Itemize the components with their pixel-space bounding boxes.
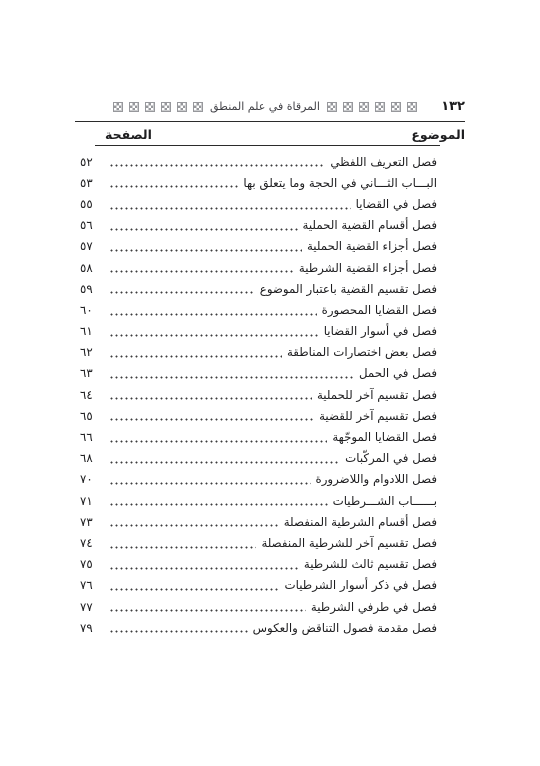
toc-row: فصل القضايا المحصورة ٦٠ (80, 299, 437, 320)
toc-row: فصل في ذكر أسوار الشرطيات ٧٦ (80, 575, 437, 596)
checkered-ornament-icon (407, 102, 417, 112)
toc-row: فصل أقسام الشرطية المنفصلة ٧٣ (80, 511, 437, 532)
toc-row: فصل أجزاء القضية الحملية ٥٧ (80, 236, 437, 257)
book-page: المرقاة في علم المنطق ١٣٢ الصفحة الموضوع… (0, 0, 540, 766)
toc-entry-page: ٦٨ (80, 451, 104, 465)
toc-entry-title: فصل التعريف اللفظي (330, 155, 437, 169)
checkered-ornament-icon (129, 102, 139, 112)
toc-row: فصل في المركّبات ٦٨ (80, 448, 437, 469)
toc-entry-page: ٥٢ (80, 155, 104, 169)
checkered-ornament-icon (193, 102, 203, 112)
toc-entry-title: فصل في طرفي الشرطية (311, 600, 437, 614)
dotted-leader (109, 172, 238, 193)
book-title: المرقاة في علم المنطق (210, 100, 320, 113)
toc-entry-page: ٧٩ (80, 621, 104, 635)
toc-entry-title: فصل أجزاء القضية الشرطية (299, 261, 437, 275)
dotted-leader (109, 575, 280, 596)
toc-entry-title: فصل تقسيم آخر للقضية (319, 409, 437, 423)
dotted-leader (109, 448, 340, 469)
toc-entry-page: ٦٥ (80, 409, 104, 423)
toc-row: بــــــاب الشـــرطيات ٧١ (80, 490, 437, 511)
toc-row: فصل تقسيم ثالث للشرطية ٧٥ (80, 554, 437, 575)
toc-entry-page: ٥٧ (80, 239, 104, 253)
header-rule (95, 145, 440, 146)
toc-entry-page: ٧٠ (80, 472, 104, 486)
toc-entry-title: فصل تقسيم ثالث للشرطية (304, 557, 437, 571)
page-number: ١٣٢ (441, 99, 465, 114)
toc-entry-page: ٧٣ (80, 515, 104, 529)
toc-row: فصل القضايا الموجّهة ٦٦ (80, 426, 437, 447)
toc-row: فصل في الحمل ٦٣ (80, 363, 437, 384)
toc-entry-title: فصل في الحمل (359, 366, 437, 380)
dotted-leader (109, 151, 325, 172)
dotted-leader (109, 363, 354, 384)
toc-row: فصل تقسيم آخر للحملية ٦٤ (80, 384, 437, 405)
toc-entry-title: فصل في ذكر أسوار الشرطيات (285, 578, 437, 592)
toc-entry-page: ٥٥ (80, 197, 104, 211)
toc-row: فصل اللادوام واللاضرورة ٧٠ (80, 469, 437, 490)
checkered-ornament-icon (145, 102, 155, 112)
toc-entry-title: فصل تقسيم القضية باعتبار الموضوع (260, 282, 437, 296)
toc-row: فصل أجزاء القضية الشرطية ٥٨ (80, 257, 437, 278)
toc-entry-page: ٦٣ (80, 366, 104, 380)
toc-entry-page: ٧٦ (80, 578, 104, 592)
checkered-ornament-icon (177, 102, 187, 112)
toc-entry-page: ٦٦ (80, 430, 104, 444)
dotted-leader (109, 299, 317, 320)
checkered-ornament-icon (391, 102, 401, 112)
toc-entry-title: فصل مقدمة فصول التناقض والعكوس (253, 621, 437, 635)
toc-entry-page: ٧٧ (80, 600, 104, 614)
dotted-leader (109, 469, 311, 490)
toc-entry-page: ٦٠ (80, 303, 104, 317)
toc-entry-title: فصل القضايا المحصورة (322, 303, 437, 317)
toc-entry-title: فصل أقسام القضية الحملية (303, 218, 437, 232)
toc-entry-page: ٥٣ (80, 176, 104, 190)
dotted-leader (109, 532, 256, 553)
checkered-ornament-icon (161, 102, 171, 112)
toc-entry-page: ٥٨ (80, 261, 104, 275)
checkered-ornament-icon (327, 102, 337, 112)
dotted-leader (109, 511, 279, 532)
checkered-ornament-icon (343, 102, 353, 112)
toc-entry-page: ٧١ (80, 494, 104, 508)
checkered-ornament-icon (359, 102, 369, 112)
toc-entry-page: ٦١ (80, 324, 104, 338)
toc-entry-page: ٥٩ (80, 282, 104, 296)
toc-column-headers: الصفحة الموضوع (75, 122, 465, 145)
ornament-group-left (113, 102, 203, 112)
toc-entry-title: بــــــاب الشـــرطيات (333, 494, 437, 508)
toc-row: فصل تقسيم آخر للقضية ٦٥ (80, 405, 437, 426)
toc-entry-title: فصل أجزاء القضية الحملية (307, 239, 437, 253)
toc-row: فصل مقدمة فصول التناقض والعكوس ٧٩ (80, 617, 437, 638)
dotted-leader (109, 342, 282, 363)
toc-entry-title: فصل تقسيم آخر للحملية (317, 388, 437, 402)
checkered-ornament-icon (113, 102, 123, 112)
dotted-leader (109, 490, 328, 511)
toc-entry-title: فصل في أسوار القضايا (324, 324, 437, 338)
toc-entry-page: ٦٢ (80, 345, 104, 359)
dotted-leader (109, 215, 298, 236)
toc-entry-title: فصل أقسام الشرطية المنفصلة (284, 515, 437, 529)
toc-row: فصل في القضايا ٥٥ (80, 193, 437, 214)
toc-entry-page: ٧٤ (80, 536, 104, 550)
subject-column-header: الموضوع (411, 127, 465, 142)
dotted-leader (109, 278, 255, 299)
dotted-leader (109, 405, 314, 426)
toc-row: فصل التعريف اللفظي ٥٢ (80, 151, 437, 172)
toc-entry-title: فصل القضايا الموجّهة (332, 430, 437, 444)
toc-entry-page: ٥٦ (80, 218, 104, 232)
toc-entry-title: البـــاب الثـــاني في الحجة وما يتعلق به… (243, 176, 437, 190)
toc-entry-title: فصل تقسيم آخر للشرطية المنفصلة (261, 536, 437, 550)
dotted-leader (109, 321, 319, 342)
toc-entry-title: فصل اللادوام واللاضرورة (316, 472, 437, 486)
toc-row: فصل أقسام القضية الحملية ٥٦ (80, 215, 437, 236)
toc-row: فصل في أسوار القضايا ٦١ (80, 321, 437, 342)
dotted-leader (109, 193, 351, 214)
dotted-leader (109, 426, 327, 447)
toc-row: فصل في طرفي الشرطية ٧٧ (80, 596, 437, 617)
toc-entry-title: فصل في المركّبات (345, 451, 437, 465)
toc-row: البـــاب الثـــاني في الحجة وما يتعلق به… (80, 172, 437, 193)
toc-row: فصل بعض اختصارات المناطقة ٦٢ (80, 342, 437, 363)
toc-entry-page: ٧٥ (80, 557, 104, 571)
dotted-leader (109, 257, 294, 278)
toc-list: فصل التعريف اللفظي ٥٢ البـــاب الثـــاني… (80, 151, 437, 638)
toc-row: فصل تقسيم آخر للشرطية المنفصلة ٧٤ (80, 532, 437, 553)
toc-entry-title: فصل في القضايا (356, 197, 437, 211)
dotted-leader (109, 617, 248, 638)
checkered-ornament-icon (375, 102, 385, 112)
dotted-leader (109, 554, 299, 575)
running-header: المرقاة في علم المنطق ١٣٢ (75, 99, 465, 122)
dotted-leader (109, 384, 312, 405)
page-column-header: الصفحة (105, 127, 152, 142)
toc-entry-page: ٦٤ (80, 388, 104, 402)
dotted-leader (109, 236, 302, 257)
ornament-group-right (327, 102, 417, 112)
page-content: المرقاة في علم المنطق ١٣٢ الصفحة الموضوع… (75, 99, 465, 638)
dotted-leader (109, 596, 306, 617)
toc-row: فصل تقسيم القضية باعتبار الموضوع ٥٩ (80, 278, 437, 299)
toc-entry-title: فصل بعض اختصارات المناطقة (287, 345, 437, 359)
